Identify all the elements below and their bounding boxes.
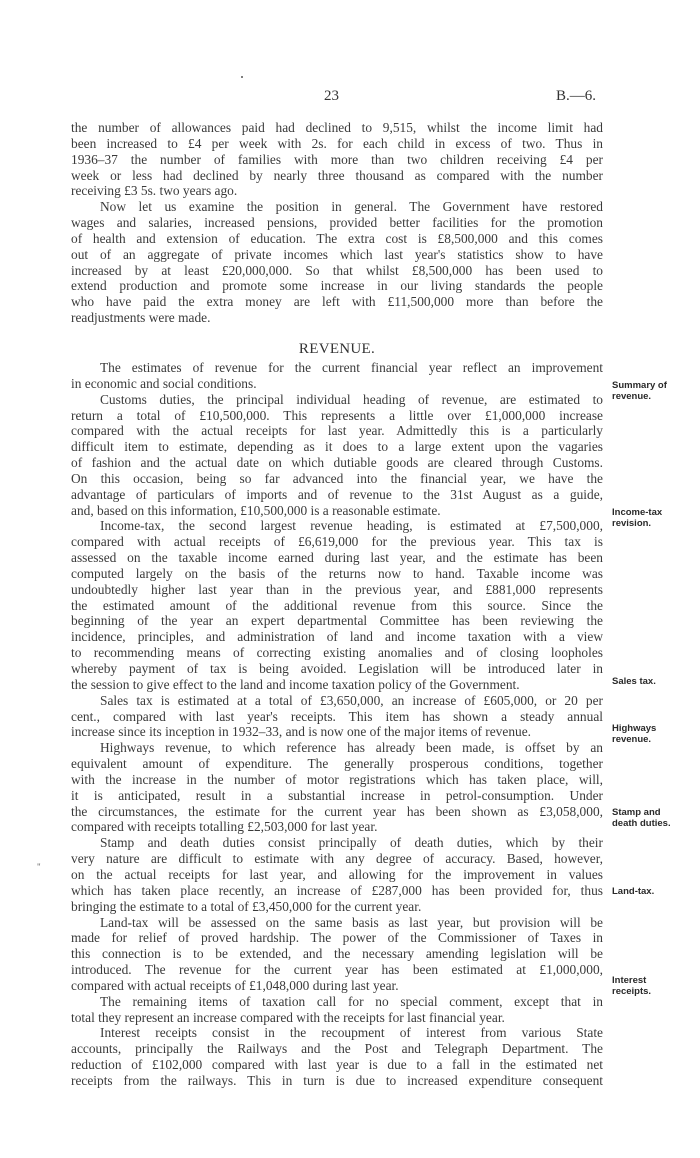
text-line: compared with the actual receipts for la… bbox=[71, 423, 603, 439]
text-line: beginning of the year an expert departme… bbox=[71, 613, 603, 629]
text-line: wages and salaries, increased pensions, … bbox=[71, 215, 603, 231]
paragraph: Income-tax, the second largest revenue h… bbox=[71, 518, 603, 692]
text-line: this connection is to be extended, and t… bbox=[71, 946, 603, 962]
margin-note-line: Highways bbox=[612, 723, 700, 734]
text-line: out of an aggregate of private incomes w… bbox=[71, 247, 603, 263]
document-reference: B.—6. bbox=[556, 88, 596, 105]
text-line: increase since its inception in 1932–33,… bbox=[71, 724, 603, 740]
paragraph: Land-tax will be assessed on the same ba… bbox=[71, 915, 603, 994]
text-line: Income-tax, the second largest revenue h… bbox=[71, 518, 603, 534]
page-number: 23 bbox=[324, 88, 339, 105]
text-line: compared with receipts totalling £2,503,… bbox=[71, 819, 603, 835]
paragraph: Now let us examine the position in gener… bbox=[71, 199, 603, 326]
margin-note-line: Land-tax. bbox=[612, 886, 700, 897]
scan-speck bbox=[241, 76, 243, 78]
text-line: the number of allowances paid had declin… bbox=[71, 120, 603, 136]
paragraph: The remaining items of taxation call for… bbox=[71, 994, 603, 1026]
margin-note-line: receipts. bbox=[612, 986, 700, 997]
text-line: receipts from the railways. This in turn… bbox=[71, 1073, 603, 1089]
text-line: whereby payment of tax is being avoided.… bbox=[71, 661, 603, 677]
margin-note-line: death duties. bbox=[612, 818, 700, 829]
text-line: equivalent amount of expenditure. The ge… bbox=[71, 756, 603, 772]
text-line: to recommending means of correcting exis… bbox=[71, 645, 603, 661]
paragraph: Highways revenue, to which reference has… bbox=[71, 740, 603, 835]
paragraph: the number of allowances paid had declin… bbox=[71, 120, 603, 199]
text-line: and, based on this information, £10,500,… bbox=[71, 503, 603, 519]
text-line: assessed on the taxable income earned du… bbox=[71, 550, 603, 566]
text-line: Now let us examine the position in gener… bbox=[71, 199, 603, 215]
text-line: extend production and promote some incre… bbox=[71, 278, 603, 294]
text-line: Customs duties, the principal individual… bbox=[71, 392, 603, 408]
text-line: of health and extension of education. Th… bbox=[71, 231, 603, 247]
text-line: receiving £3 5s. two years ago. bbox=[71, 183, 603, 199]
text-line: the circumstances, the estimate for the … bbox=[71, 804, 603, 820]
text-line: undoubtedly higher last year than in the… bbox=[71, 582, 603, 598]
text-line: The remaining items of taxation call for… bbox=[71, 994, 603, 1010]
text-line: the session to give effect to the land a… bbox=[71, 677, 603, 693]
text-line: Interest receipts consist in the recoupm… bbox=[71, 1025, 603, 1041]
text-line: The estimates of revenue for the current… bbox=[71, 360, 603, 376]
text-line: the estimated amount of the additional r… bbox=[71, 598, 603, 614]
margin-note: Summary ofrevenue. bbox=[612, 380, 700, 402]
text-line: of fashion and the actual date on which … bbox=[71, 455, 603, 471]
text-line: accounts, principally the Railways and t… bbox=[71, 1041, 603, 1057]
paragraph: Stamp and death duties consist principal… bbox=[71, 835, 603, 914]
margin-note: Stamp anddeath duties. bbox=[612, 807, 700, 829]
text-line: who have paid the extra money are left w… bbox=[71, 294, 603, 310]
margin-note: Income-taxrevision. bbox=[612, 507, 700, 529]
margin-note-line: Summary of bbox=[612, 380, 700, 391]
margin-note-line: revenue. bbox=[612, 734, 700, 745]
margin-note-line: Interest bbox=[612, 975, 700, 986]
text-line: introduced. The revenue for the current … bbox=[71, 962, 603, 978]
text-line: Sales tax is estimated at a total of £3,… bbox=[71, 693, 603, 709]
text-line: readjustments were made. bbox=[71, 310, 603, 326]
text-line: total they represent an increase compare… bbox=[71, 1010, 603, 1026]
text-line: bringing the estimate to a total of £3,4… bbox=[71, 899, 603, 915]
text-line: made for relief of proved hardship. The … bbox=[71, 930, 603, 946]
margin-note-line: revision. bbox=[612, 518, 700, 529]
stray-mark: " bbox=[37, 862, 41, 872]
text-line: with the increase in the number of motor… bbox=[71, 772, 603, 788]
text-line: difficult item to estimate, depending as… bbox=[71, 439, 603, 455]
text-line: incidence, principles, and administratio… bbox=[71, 629, 603, 645]
text-line: week or less had declined by nearly thre… bbox=[71, 168, 603, 184]
text-line: advantage of particulars of imports and … bbox=[71, 487, 603, 503]
document-page: 23 B.—6. the number of allowances paid h… bbox=[0, 0, 700, 1158]
text-line: 1936–37 the number of families with more… bbox=[71, 152, 603, 168]
margin-note-line: Sales tax. bbox=[612, 676, 700, 687]
text-line: Stamp and death duties consist principal… bbox=[71, 835, 603, 851]
text-line: Highways revenue, to which reference has… bbox=[71, 740, 603, 756]
text-line: compared with actual receipts of £1,048,… bbox=[71, 978, 603, 994]
margin-note-line: revenue. bbox=[612, 391, 700, 402]
text-line: very nature are difficult to estimate wi… bbox=[71, 851, 603, 867]
text-line: which has taken place recently, an incre… bbox=[71, 883, 603, 899]
text-line: increased by at least £20,000,000. So th… bbox=[71, 263, 603, 279]
text-line: been increased to £4 per week with 2s. f… bbox=[71, 136, 603, 152]
text-line: it is anticipated, result in a substanti… bbox=[71, 788, 603, 804]
section-heading-revenue: REVENUE. bbox=[71, 340, 603, 359]
text-line: computed largely on the basis of the ret… bbox=[71, 566, 603, 582]
text-line: compared with actual receipts of £6,619,… bbox=[71, 534, 603, 550]
margin-note: Interestreceipts. bbox=[612, 975, 700, 997]
margin-note-line: Income-tax bbox=[612, 507, 700, 518]
text-line: On this occasion, being so far advanced … bbox=[71, 471, 603, 487]
text-line: reduction of £102,000 compared with last… bbox=[71, 1057, 603, 1073]
text-line: return a total of £10,500,000. This repr… bbox=[71, 408, 603, 424]
body-text: the number of allowances paid had declin… bbox=[71, 120, 603, 1089]
text-line: on the actual receipts for last year, an… bbox=[71, 867, 603, 883]
margin-note: Land-tax. bbox=[612, 886, 700, 897]
paragraphs-before-heading: the number of allowances paid had declin… bbox=[71, 120, 603, 326]
paragraph: Customs duties, the principal individual… bbox=[71, 392, 603, 519]
margin-note-line: Stamp and bbox=[612, 807, 700, 818]
paragraph: Sales tax is estimated at a total of £3,… bbox=[71, 693, 603, 741]
text-line: in economic and social conditions. bbox=[71, 376, 603, 392]
margin-note: Sales tax. bbox=[612, 676, 700, 687]
text-line: Land-tax will be assessed on the same ba… bbox=[71, 915, 603, 931]
paragraph: Interest receipts consist in the recoupm… bbox=[71, 1025, 603, 1088]
paragraph: The estimates of revenue for the current… bbox=[71, 360, 603, 392]
margin-note: Highwaysrevenue. bbox=[612, 723, 700, 745]
text-line: cent., compared with last year's receipt… bbox=[71, 709, 603, 725]
paragraphs-revenue-section: The estimates of revenue for the current… bbox=[71, 360, 603, 1089]
